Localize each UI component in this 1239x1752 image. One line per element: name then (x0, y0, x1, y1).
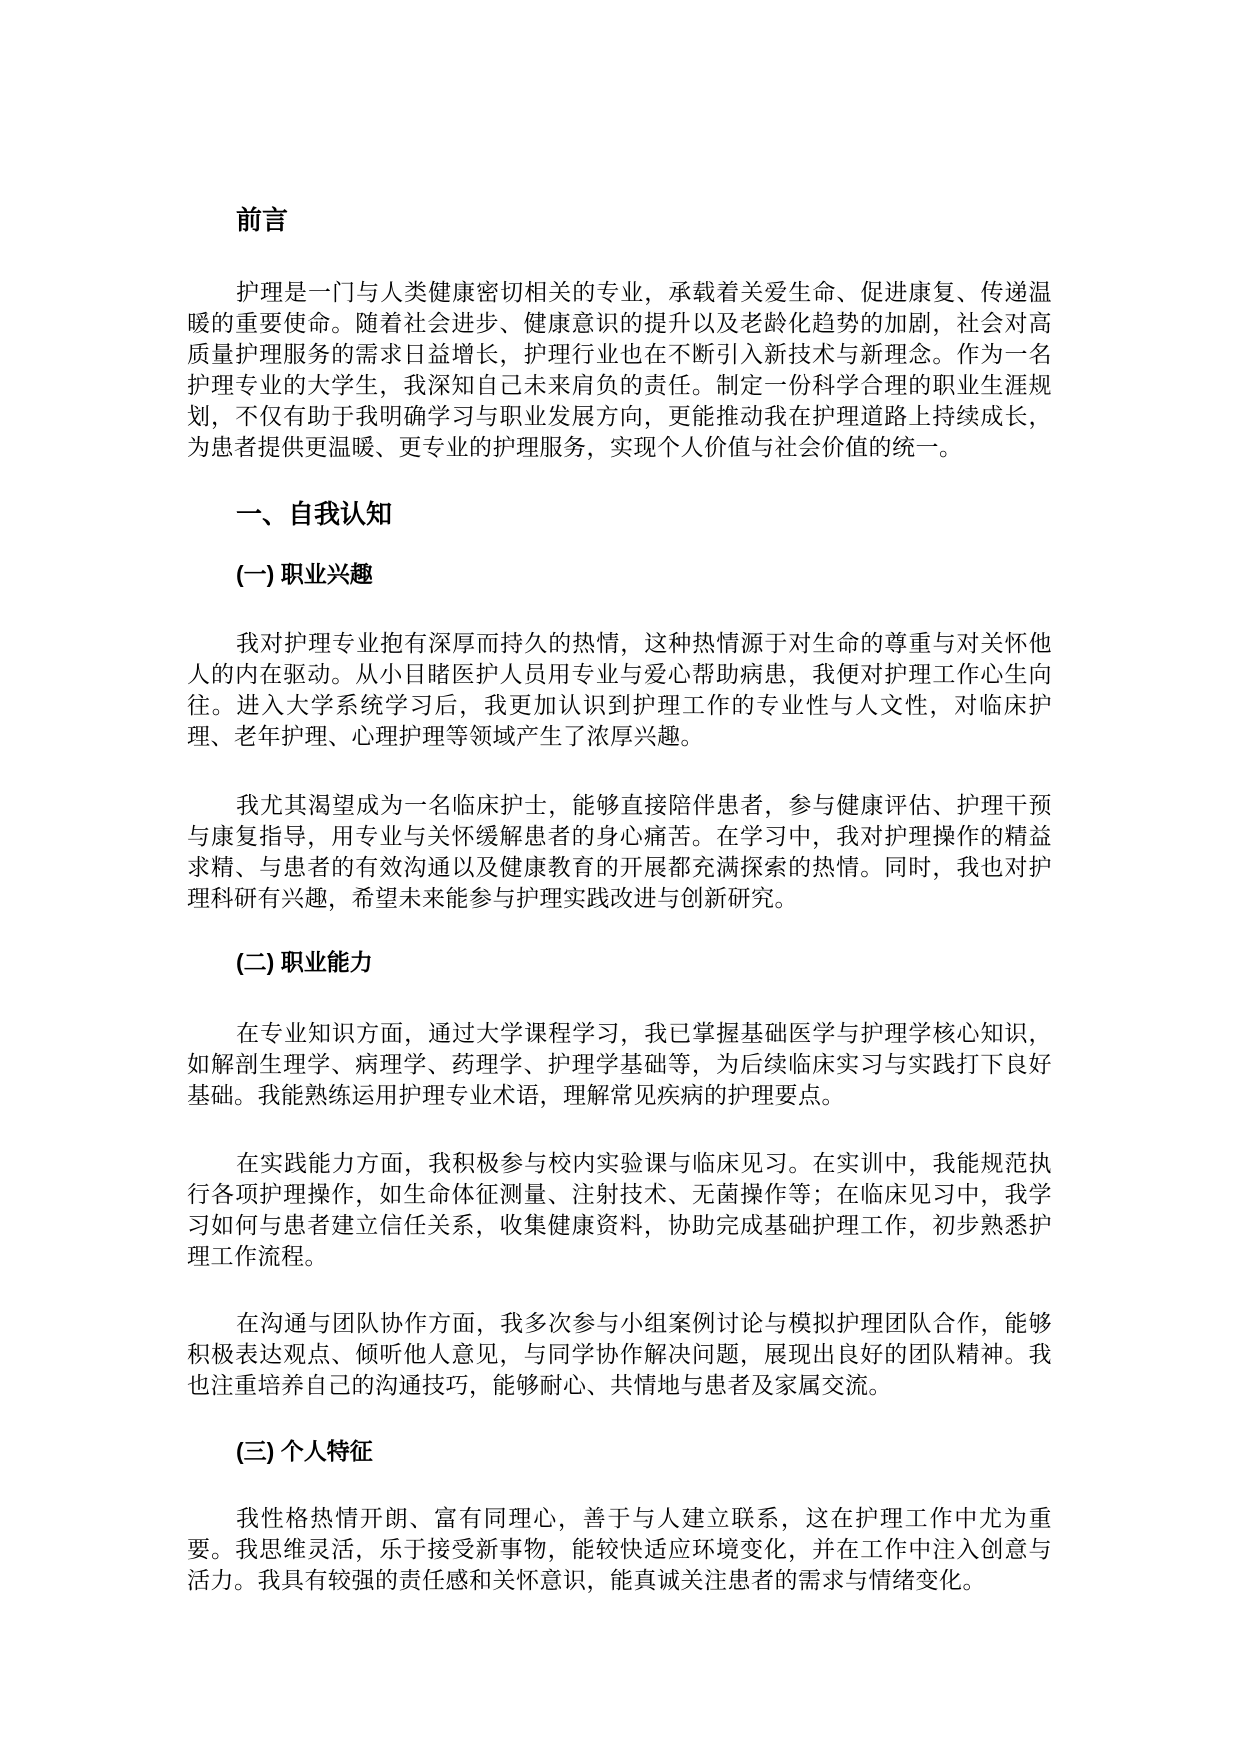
subsection-1-1-paragraph-2: 我尤其渴望成为一名临床护士，能够直接陪伴患者，参与健康评估、护理干预与康复指导，… (187, 790, 1052, 914)
subsection-1-3-heading: (三) 个人特征 (187, 1435, 1052, 1467)
document-page: 前言 护理是一门与人类健康密切相关的专业，承载着关爱生命、促进康复、传递温暖的重… (0, 0, 1239, 1752)
subsection-1-1-heading: (一) 职业兴趣 (187, 558, 1052, 590)
preface-paragraph: 护理是一门与人类健康密切相关的专业，承载着关爱生命、促进康复、传递温暖的重要使命… (187, 277, 1052, 463)
subsection-1-3-paragraph-1: 我性格热情开朗、富有同理心，善于与人建立联系，这在护理工作中尤为重要。我思维灵活… (187, 1503, 1052, 1596)
subsection-1-1-paragraph-1: 我对护理专业抱有深厚而持久的热情，这种热情源于对生命的尊重与对关怀他人的内在驱动… (187, 628, 1052, 752)
subsection-1-2-paragraph-2: 在实践能力方面，我积极参与校内实验课与临床见习。在实训中，我能规范执行各项护理操… (187, 1148, 1052, 1272)
subsection-1-2-heading: (二) 职业能力 (187, 946, 1052, 978)
subsection-1-2-paragraph-1: 在专业知识方面，通过大学课程学习，我已掌握基础医学与护理学核心知识，如解剖生理学… (187, 1018, 1052, 1111)
section-1-heading: 一、自我认知 (187, 498, 1052, 530)
preface-heading: 前言 (187, 204, 1052, 236)
subsection-1-2-paragraph-3: 在沟通与团队协作方面，我多次参与小组案例讨论与模拟护理团队合作，能够积极表达观点… (187, 1308, 1052, 1401)
